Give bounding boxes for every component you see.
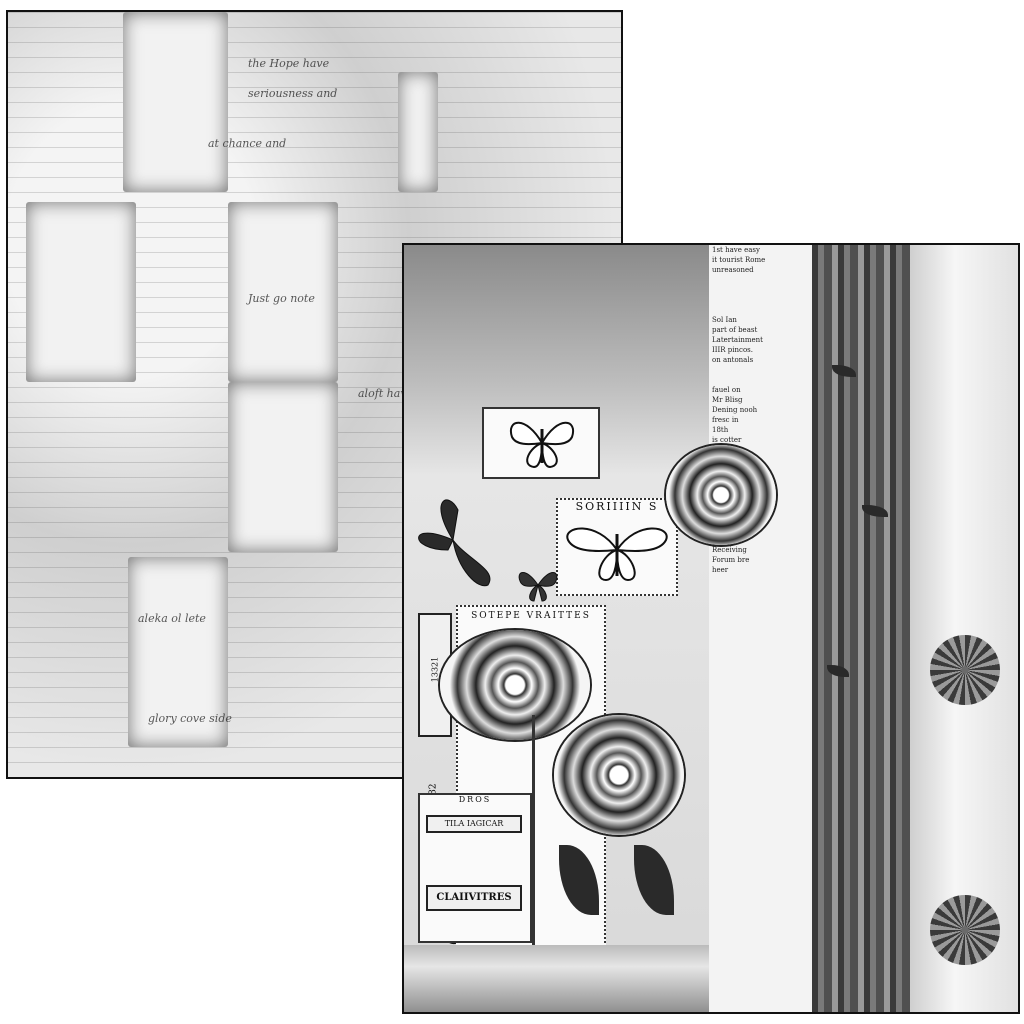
bottom-collage-strip <box>404 945 709 1014</box>
news-line: Dening nooh <box>709 405 812 415</box>
news-line: fresc in <box>709 415 812 425</box>
cursive-text: the Hope have <box>248 57 329 70</box>
news-line: it tourist Rome <box>709 255 812 265</box>
peony-flower-icon <box>666 445 776 545</box>
leaf-icon <box>862 505 888 517</box>
card-title: SORIIIIN S <box>558 500 676 513</box>
news-line: Forum bre <box>709 555 812 565</box>
news-line: 18th <box>709 425 812 435</box>
news-line: Receiving <box>709 545 812 555</box>
cursive-text: glory cove side <box>148 712 232 725</box>
news-line: fauel on <box>709 385 812 395</box>
butterfly-icon <box>506 415 578 471</box>
butterfly-icon <box>562 520 672 584</box>
newspaper-column: 1st have easy it tourist Rome unreasoned… <box>709 245 812 1012</box>
news-line: unreasoned <box>709 265 812 275</box>
news-line: IIIR pincos. <box>709 345 812 355</box>
news-line: Mr Blisg <box>709 395 812 405</box>
news-line: is cotter <box>709 435 812 445</box>
butterfly-icon <box>516 567 560 603</box>
news-line: Sol Ian <box>709 315 812 325</box>
specimen-card: SORIIIIN S <box>556 498 678 596</box>
label-plate: TILA IAGICAR <box>426 815 522 833</box>
news-line: heer <box>709 565 812 575</box>
cursive-text: Just go note <box>248 292 315 305</box>
cursive-text: aleka ol lete <box>138 612 206 625</box>
front-paper-sheet: 1st have easy it tourist Rome unreasoned… <box>402 243 1020 1014</box>
butterfly-icon <box>408 490 498 590</box>
side-number: 13321 <box>431 655 440 685</box>
daisy-flower-icon <box>930 635 1000 705</box>
news-line: part of beast <box>709 325 812 335</box>
cursive-text: seriousness and <box>248 87 337 100</box>
news-line: on antonals <box>709 355 812 365</box>
label-plate: CLAIIVITRES <box>426 885 522 911</box>
flower-stem <box>532 715 535 945</box>
torn-patch <box>26 202 136 382</box>
peony-flower-icon <box>440 630 590 740</box>
daisy-flower-icon <box>930 895 1000 965</box>
vine-stripe-column <box>812 245 910 1012</box>
cursive-text: at chance and <box>208 137 286 150</box>
peony-flower-icon <box>554 715 684 835</box>
botanical-column <box>910 245 1020 1012</box>
butterfly-stamp <box>482 407 600 479</box>
torn-patch <box>398 72 438 192</box>
leaf-icon <box>832 365 856 377</box>
card-title: SOTEPE VRAITTES <box>458 611 604 621</box>
label-text: DROS <box>420 795 530 804</box>
torn-patch <box>228 382 338 552</box>
news-line: Latertainment <box>709 335 812 345</box>
leaf-icon <box>827 665 849 677</box>
torn-patch <box>123 12 228 192</box>
news-line: 1st have easy <box>709 245 812 255</box>
